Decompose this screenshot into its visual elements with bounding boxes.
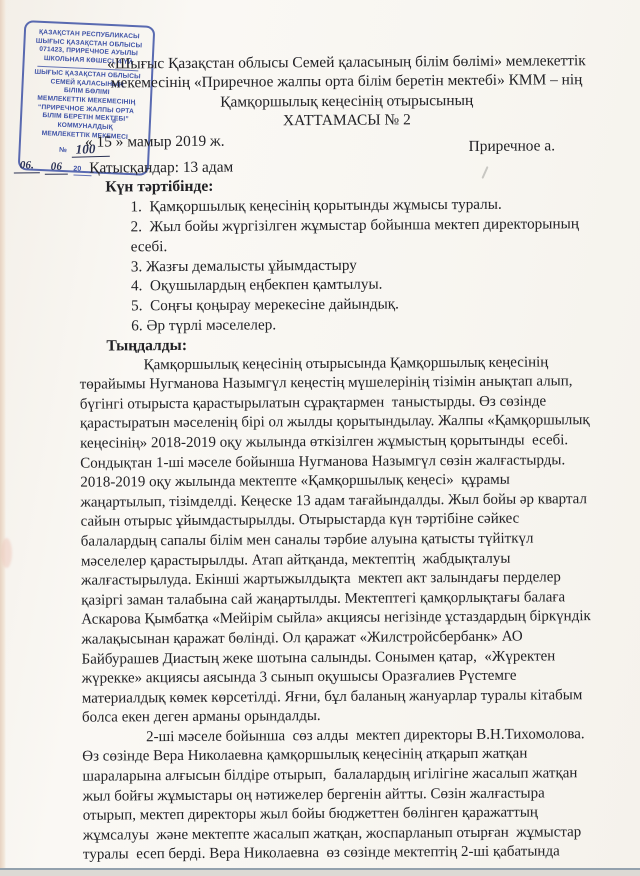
meeting-place: Приречное а. <box>468 129 555 156</box>
minutes-paragraph: 2-ші мәселе бойынша сөз алды мектеп дире… <box>82 725 595 866</box>
scanned-protocol-page: ҚАЗАҚСТАН РЕСПУБЛИКАСЫ ШЫҒЫС ҚАЗАҚСТАН О… <box>0 0 640 876</box>
document-header: «Шығыс Қазақстан облысы Семей қаласының … <box>98 51 595 132</box>
header-title-line: мекемесінің «Приречное жалпы орта білім … <box>99 70 595 93</box>
agenda-item: 2. Жыл бойы жүргізілген жұмыстар бойынша… <box>131 214 587 257</box>
meta-row: « 15 » мамыр 2019 ж. Приречное а. <box>85 129 555 159</box>
agenda-list: 1. Қамқоршылық кеңесінің қорытынды жұмыс… <box>130 194 587 336</box>
scan-edge-bottom <box>0 868 640 876</box>
meeting-date: « 15 » мамыр 2019 ж. <box>85 131 225 151</box>
minutes-paragraph: Қамқоршылық кеңесінің отырысында Қамқорш… <box>79 353 594 729</box>
document-content: «Шығыс Қазақстан облысы Семей қаласының … <box>0 0 640 866</box>
